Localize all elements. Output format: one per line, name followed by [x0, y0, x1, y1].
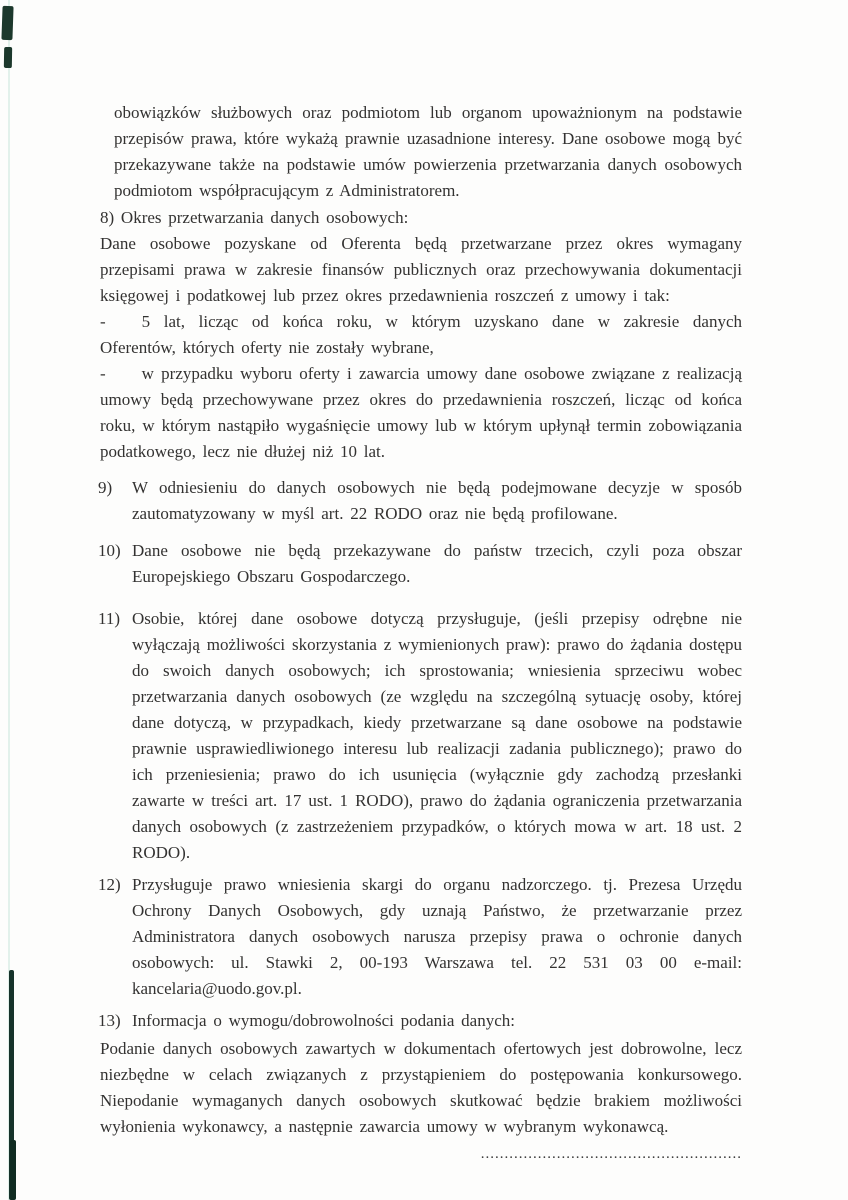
- dash-marker: -: [100, 364, 106, 383]
- item-number: 13): [98, 1008, 130, 1034]
- numbered-item-9: 9)W odniesieniu do danych osobowych nie …: [100, 475, 742, 527]
- numbered-item-10: 10)Dane osobowe nie będą przekazywane do…: [100, 538, 742, 590]
- item-number: 12): [98, 872, 130, 898]
- numbered-item-12: 12)Przysługuje prawo wniesienia skargi d…: [100, 872, 742, 1002]
- numbered-item-13: 13)Informacja o wymogu/dobrowolności pod…: [100, 1008, 742, 1034]
- scan-artifact-mark: [10, 1140, 16, 1200]
- dash-item-text: w przypadku wyboru oferty i zawarcia umo…: [100, 364, 742, 461]
- dash-item-text: 5 lat, licząc od końca roku, w którym uz…: [100, 312, 742, 357]
- numbered-item-11: 11)Osobie, której dane osobowe dotyczą p…: [100, 606, 742, 866]
- item-number: 9): [98, 475, 130, 501]
- signature-dotted-line: ........................................…: [100, 1141, 742, 1167]
- scan-artifact-mark: [4, 47, 12, 68]
- item-text: W odniesieniu do danych osobowych nie bę…: [132, 478, 742, 523]
- document-body: obowiązków służbowych oraz podmiotom lub…: [100, 100, 742, 1167]
- dash-item: -w przypadku wyboru oferty i zawarcia um…: [100, 361, 742, 465]
- section-8-paragraph: Dane osobowe pozyskane od Oferenta będą …: [100, 231, 742, 309]
- scanned-document-page: obowiązków służbowych oraz podmiotom lub…: [0, 0, 848, 1200]
- dash-marker: -: [100, 312, 106, 331]
- intro-paragraph: obowiązków służbowych oraz podmiotom lub…: [114, 100, 742, 204]
- item-text: Przysługuje prawo wniesienia skargi do o…: [132, 875, 742, 998]
- item-number: 10): [98, 538, 130, 564]
- final-paragraph: Podanie danych osobowych zawartych w dok…: [100, 1036, 742, 1140]
- item-number: 11): [98, 606, 130, 632]
- item-text: Dane osobowe nie będą przekazywane do pa…: [132, 541, 742, 586]
- section-8-heading: 8) Okres przetwarzania danych osobowych:: [100, 205, 742, 231]
- scan-artifact-mark: [1, 6, 13, 40]
- item-text: Informacja o wymogu/dobrowolności podani…: [132, 1011, 515, 1030]
- dash-item: -5 lat, licząc od końca roku, w którym u…: [100, 309, 742, 361]
- item-text: Osobie, której dane osobowe dotyczą przy…: [132, 609, 742, 862]
